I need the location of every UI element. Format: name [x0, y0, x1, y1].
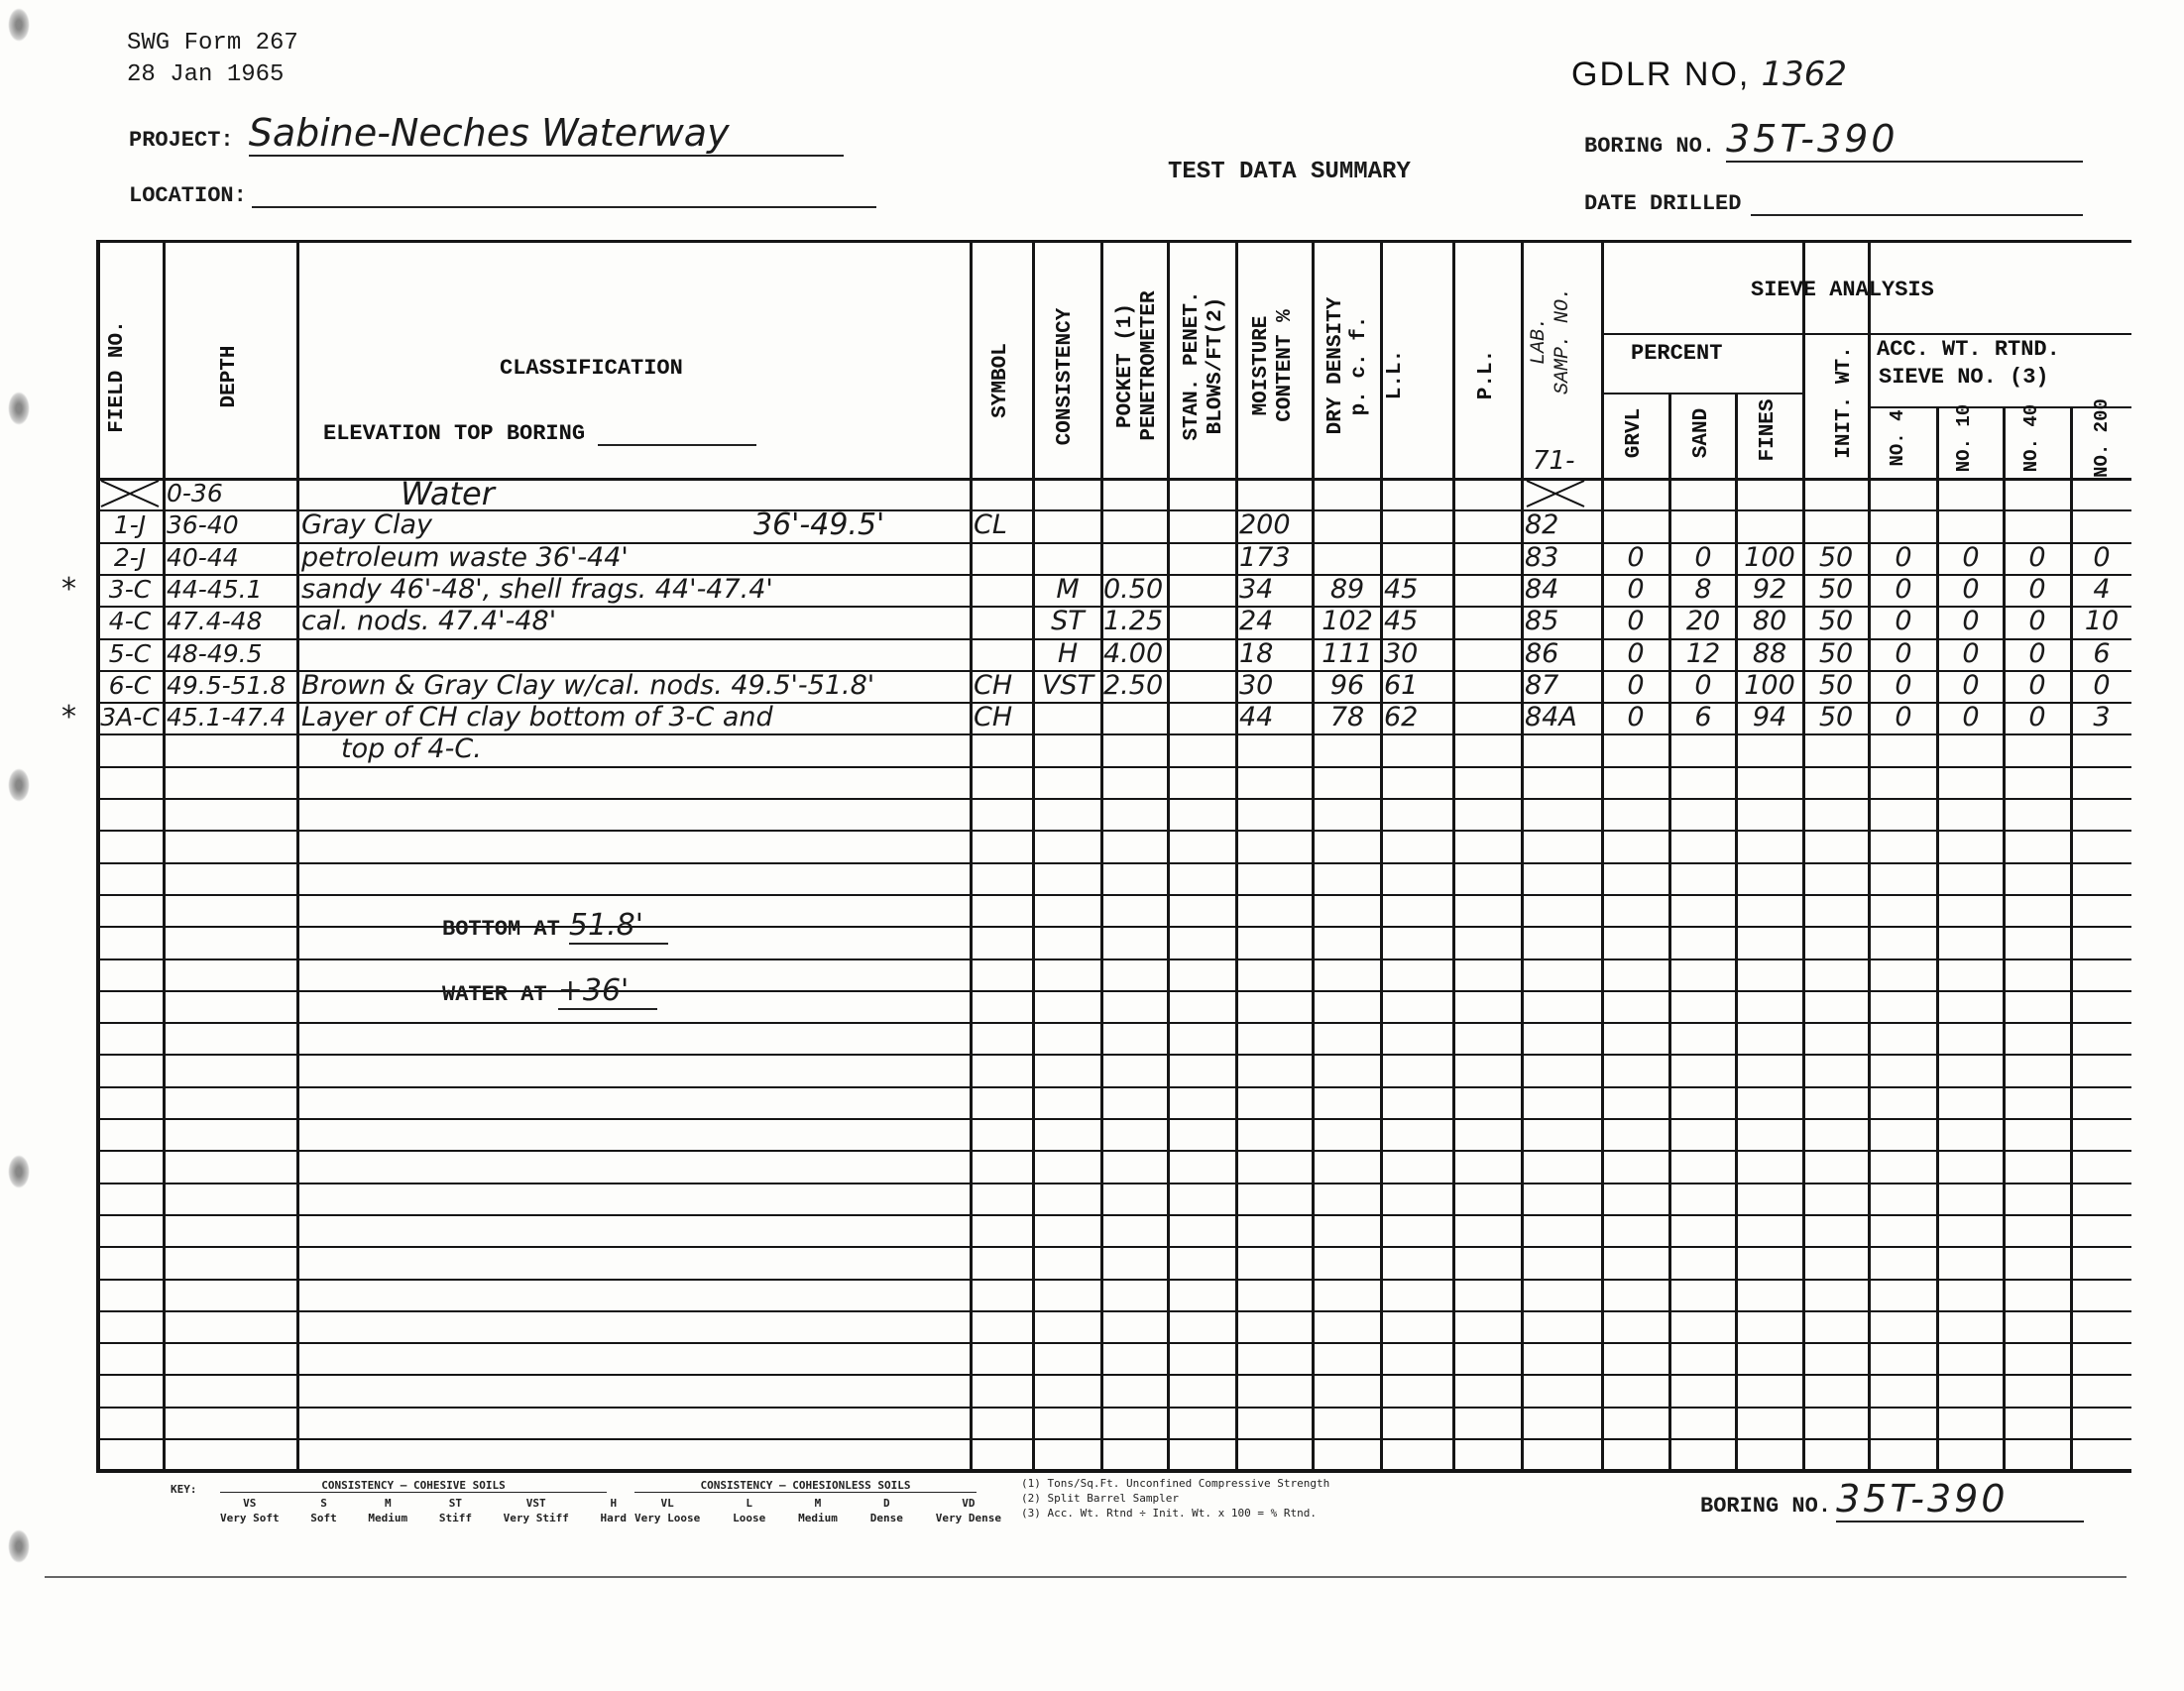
grid-vline	[1668, 393, 1671, 478]
table-row: *3A-C45.1-47.4Layer of CH clay bottom of…	[0, 703, 2184, 734]
key-name: Medium	[798, 1512, 838, 1524]
cell-fines[interactable]: 100	[1739, 543, 1800, 573]
cell-ll[interactable]: 61	[1384, 671, 1451, 701]
key-cohesionless-title: CONSISTENCY — COHESIONLESS SOILS	[634, 1479, 977, 1493]
header-grvl: GRVL	[1623, 394, 1647, 473]
cell-init-wt[interactable]: 50	[1806, 703, 1866, 733]
grid-hline	[96, 990, 2131, 992]
header-no40: NO. 40	[2021, 403, 2041, 473]
cell-no10[interactable]: 0	[1940, 607, 2002, 636]
header-classification: CLASSIFICATION	[500, 356, 683, 381]
key-footnotes: (1) Tons/Sq.Ft. Unconfined Compressive S…	[1021, 1477, 1329, 1522]
cell-fines[interactable]: 94	[1739, 703, 1800, 733]
grid-hline	[96, 1407, 2131, 1409]
cell-ll[interactable]: 30	[1384, 639, 1451, 669]
grid-hline	[96, 1469, 2131, 1473]
grid-vline	[1312, 240, 1315, 1469]
cell-field-no[interactable]: 4-C	[99, 607, 161, 636]
cell-no40[interactable]: 0	[2007, 607, 2068, 636]
grid-hline	[96, 1214, 2131, 1216]
key-abbr: VD	[936, 1497, 1001, 1510]
gdlr-value[interactable]: 1362	[1761, 55, 1847, 94]
cross-icon	[1525, 479, 1586, 508]
key-item: LLoose	[733, 1497, 765, 1524]
cell-no200[interactable]: 0	[2074, 671, 2129, 701]
key-name: Soft	[310, 1512, 337, 1524]
bottom-at-value[interactable]: 51.8'	[569, 908, 668, 945]
cell-no10[interactable]: 0	[1940, 575, 2002, 605]
grid-vline	[296, 240, 299, 1469]
grid-vline	[1235, 240, 1238, 1469]
moisture-line1: MOISTURE	[1250, 316, 1273, 416]
cell-sand[interactable]: 8	[1672, 575, 1734, 605]
pocket-line1: POCKET (1)	[1114, 303, 1137, 428]
date-drilled-value[interactable]	[1751, 190, 2083, 216]
footer-boring-label: BORING NO.	[1700, 1494, 1831, 1519]
key-item: HHard	[601, 1497, 628, 1524]
key-item: MMedium	[368, 1497, 407, 1524]
key-cohesionless-list: VLVery LooseLLooseMMediumDDenseVDVery De…	[634, 1497, 1001, 1524]
cell-pocket[interactable]: 0.50	[1103, 575, 1167, 605]
key-item: VSVery Soft	[220, 1497, 280, 1524]
cell-moisture[interactable]: 24	[1239, 607, 1311, 636]
cell-no10[interactable]: 0	[1940, 671, 2002, 701]
header-init-wt: INIT. WT.	[1833, 333, 1857, 472]
key-name: Very Stiff	[504, 1512, 569, 1524]
header-elevation-top-boring: ELEVATION TOP BORING	[323, 421, 756, 446]
date-drilled-label: DATE DRILLED	[1584, 191, 1741, 216]
water-at-label: WATER AT	[442, 982, 547, 1007]
cell-lab-no[interactable]: 87	[1525, 671, 1600, 701]
key-cohesive-title: CONSISTENCY — COHESIVE SOILS	[220, 1479, 607, 1493]
cell-field-no[interactable]: 5-C	[99, 639, 161, 669]
dd-line1: DRY DENSITY	[1324, 297, 1347, 435]
boring-field: BORING NO. 35T-390	[1584, 117, 2083, 163]
pocket-line2: PENETROMETER	[1138, 290, 1161, 440]
footer-boring-value[interactable]: 35T-390	[1836, 1477, 2084, 1522]
cell-moisture[interactable]: 200	[1239, 510, 1311, 540]
boring-value[interactable]: 35T-390	[1726, 117, 2083, 163]
footer-boring-field: BORING NO. 35T-390	[1700, 1477, 2084, 1522]
header-lab-samp: LAB.SAMP. NO.	[1528, 282, 1575, 400]
key-abbr: D	[870, 1497, 903, 1510]
cell-consistency[interactable]: M	[1036, 575, 1099, 605]
cell-dry-density[interactable]: 102	[1316, 607, 1379, 636]
elevation-value[interactable]	[598, 424, 756, 446]
header-no4: NO. 4	[1888, 403, 1907, 473]
water-at-note: WATER AT +36'	[442, 973, 657, 1010]
cell-consistency[interactable]: VST	[1036, 671, 1099, 701]
grid-hline	[96, 1342, 2131, 1344]
key-name: Very Soft	[220, 1512, 280, 1524]
header-fines: FINES	[1757, 391, 1781, 470]
cell-pocket[interactable]: 4.00	[1103, 639, 1167, 669]
key-name: Very Dense	[936, 1512, 1001, 1524]
cell-init-wt[interactable]: 50	[1806, 671, 1866, 701]
cell-dry-density[interactable]: 89	[1316, 575, 1379, 605]
table-row: *3-C44-45.1sandy 46'-48', shell frags. 4…	[0, 575, 2184, 607]
key-label: KEY:	[171, 1483, 197, 1496]
key-abbr: VST	[504, 1497, 569, 1510]
cell-field-no[interactable]: 3-C	[99, 575, 161, 605]
cell-symbol[interactable]: CH	[974, 671, 1031, 701]
cell-ll[interactable]: 45	[1384, 575, 1451, 605]
elevation-label: ELEVATION TOP BORING	[323, 421, 585, 446]
cell-field-no[interactable]: 6-C	[99, 671, 161, 701]
key-item: VSTVery Stiff	[504, 1497, 569, 1524]
cell-sand[interactable]: 12	[1672, 639, 1734, 669]
cell-pocket[interactable]: 2.50	[1103, 671, 1167, 701]
grid-hline	[96, 1374, 2131, 1376]
key-item: DDense	[870, 1497, 903, 1524]
grid-vline	[1521, 240, 1524, 1469]
header-field-no: FIELD NO.	[106, 307, 130, 446]
scan-artifact	[8, 1529, 30, 1563]
location-label: LOCATION:	[129, 183, 247, 208]
scan-artifact	[8, 8, 30, 42]
key-abbr: VL	[634, 1497, 700, 1510]
grid-hline	[96, 1022, 2131, 1024]
cell-symbol[interactable]: CL	[974, 510, 1031, 540]
header-no200: NO. 200	[2092, 398, 2112, 478]
grid-hline	[96, 1150, 2131, 1152]
lab-samp-prefix: 71-	[1533, 446, 1574, 476]
header-sieve-analysis: SIEVE ANALYSIS	[1751, 278, 1934, 302]
location-field: LOCATION:	[129, 182, 876, 208]
header-sieve-no: SIEVE NO. (3)	[1879, 365, 2049, 390]
cell-no10[interactable]: 0	[1940, 703, 2002, 733]
grid-vline	[1802, 333, 1805, 478]
cell-no200[interactable]: 4	[2074, 575, 2129, 605]
cell-no4[interactable]: 0	[1872, 671, 1935, 701]
cell-lab-no[interactable]: 85	[1525, 607, 1600, 636]
cell-grvl[interactable]: 0	[1605, 639, 1667, 669]
cell-no40[interactable]: 0	[2007, 703, 2068, 733]
grid-hline	[96, 1183, 2131, 1184]
cell-field-no[interactable]: 1-J	[99, 510, 161, 540]
scan-artifact	[8, 768, 30, 802]
header-sand: SAND	[1690, 394, 1714, 473]
cell-moisture[interactable]: 173	[1239, 543, 1311, 573]
cell-depth[interactable]: 49.5-51.8	[167, 671, 293, 701]
table-row: 4-C47.4-48cal. nods. 47.4'-48'ST1.252410…	[0, 607, 2184, 638]
table-row: 2-J40-44petroleum waste 36'-44'173830010…	[0, 543, 2184, 575]
water-at-value[interactable]: +36'	[558, 973, 657, 1010]
cell-lab-no[interactable]: 84A	[1525, 703, 1600, 733]
cell-no4[interactable]: 0	[1872, 543, 1935, 573]
header-pocket-penetrometer: POCKET (1)PENETROMETER	[1114, 277, 1162, 455]
stan-line1: STAN. PENET.	[1181, 290, 1204, 440]
cell-classification-range[interactable]: 36'-49.5'	[753, 510, 884, 540]
grid-vline	[1936, 406, 1939, 478]
key-abbr: S	[310, 1497, 337, 1510]
header-dry-density: DRY DENSITYp. c. f.	[1324, 277, 1372, 455]
lab-line2: SAMP. NO.	[1552, 287, 1574, 395]
key-name: Hard	[601, 1512, 628, 1524]
asterisk-mark: *	[61, 703, 76, 733]
cell-sand[interactable]: 6	[1672, 703, 1734, 733]
cell-grvl[interactable]: 0	[1605, 543, 1667, 573]
cell-fines[interactable]: 80	[1739, 607, 1800, 636]
key-abbr: M	[798, 1497, 838, 1510]
grid-hline	[1601, 333, 2131, 335]
cell-moisture[interactable]: 30	[1239, 671, 1311, 701]
cell-init-wt[interactable]: 50	[1806, 639, 1866, 669]
dd-line2: p. c. f.	[1348, 316, 1371, 416]
stan-line2: BLOWS/FT(2)	[1205, 297, 1227, 435]
cell-classification[interactable]: Brown & Gray Clay w/cal. nods. 49.5'-51.…	[301, 671, 966, 701]
key-item: MMedium	[798, 1497, 838, 1524]
boring-label: BORING NO.	[1584, 134, 1715, 159]
project-field: PROJECT: Sabine-Neches Waterway	[129, 111, 844, 157]
cell-no40[interactable]: 0	[2007, 575, 2068, 605]
cell-classification[interactable]: Water	[301, 479, 1065, 508]
key-footnote: (1) Tons/Sq.Ft. Unconfined Compressive S…	[1021, 1477, 1329, 1490]
cell-moisture[interactable]: 44	[1239, 703, 1311, 733]
cell-no40[interactable]: 0	[2007, 639, 2068, 669]
cell-sand[interactable]: 20	[1672, 607, 1734, 636]
table-row: 5-C48-49.5H4.0018111308601288500006	[0, 639, 2184, 671]
key-footnote: (3) Acc. Wt. Rtnd ÷ Init. Wt. x 100 = % …	[1021, 1507, 1329, 1520]
key-item: VLVery Loose	[634, 1497, 700, 1524]
gdlr-field: GDLR NO, 1362	[1571, 55, 1847, 94]
cell-init-wt[interactable]: 50	[1806, 607, 1866, 636]
cell-classification[interactable]: cal. nods. 47.4'-48'	[301, 607, 966, 636]
bottom-at-label: BOTTOM AT	[442, 917, 560, 942]
page-bottom-rule	[45, 1576, 2127, 1578]
cell-field-no[interactable]: 2-J	[99, 543, 161, 573]
cell-depth[interactable]: 47.4-48	[167, 607, 293, 636]
grid-hline	[96, 1054, 2131, 1056]
cell-no200[interactable]: 0	[2074, 543, 2129, 573]
grid-hline	[96, 958, 2131, 960]
cell-dry-density[interactable]: 78	[1316, 703, 1379, 733]
cell-pocket[interactable]: 1.25	[1103, 607, 1167, 636]
cell-no200[interactable]: 10	[2074, 607, 2129, 636]
location-value[interactable]	[252, 182, 876, 208]
grid-hline	[96, 894, 2131, 896]
cell-no4[interactable]: 0	[1872, 607, 1935, 636]
form-date: 28 Jan 1965	[127, 61, 284, 88]
cell-sand[interactable]: 0	[1672, 671, 1734, 701]
grid-vline	[1167, 240, 1170, 1469]
cell-depth[interactable]: 48-49.5	[167, 639, 293, 669]
cell-lab-no[interactable]: 83	[1525, 543, 1600, 573]
table-row: top of 4-C.	[0, 734, 2184, 766]
grid-hline	[96, 1246, 2131, 1248]
cell-dry-density[interactable]: 96	[1316, 671, 1379, 701]
cell-sand[interactable]: 0	[1672, 543, 1734, 573]
cell-classification[interactable]: top of 4-C.	[301, 734, 1005, 764]
form-id: SWG Form 267	[127, 30, 298, 56]
cell-no40[interactable]: 0	[2007, 671, 2068, 701]
cell-moisture[interactable]: 18	[1239, 639, 1311, 669]
grid-hline	[96, 240, 2131, 243]
header-ll: L.L.	[1384, 345, 1408, 404]
moisture-line2: CONTENT %	[1274, 309, 1297, 421]
cell-depth[interactable]: 45.1-47.4	[167, 703, 293, 733]
grid-vline	[1380, 240, 1383, 1469]
cell-no40[interactable]: 0	[2007, 543, 2068, 573]
cell-depth[interactable]: 40-44	[167, 543, 293, 573]
grid-hline	[96, 1310, 2131, 1312]
grid-hline	[96, 798, 2131, 800]
page-title: TEST DATA SUMMARY	[1168, 159, 1411, 185]
cell-no4[interactable]: 0	[1872, 639, 1935, 669]
grid-vline	[96, 240, 100, 1469]
key-item: VDVery Dense	[936, 1497, 1001, 1524]
cell-no10[interactable]: 0	[1940, 639, 2002, 669]
key-cohesive-list: VSVery SoftSSoftMMediumSTStiffVSTVery St…	[220, 1497, 627, 1524]
cell-field-no[interactable]: 3A-C	[99, 703, 161, 733]
lab-line1: LAB.	[1528, 317, 1551, 365]
cell-init-wt[interactable]: 50	[1806, 575, 1866, 605]
key-name: Medium	[368, 1512, 407, 1524]
cell-classification[interactable]: Layer of CH clay bottom of 3-C and	[301, 703, 966, 733]
key-name: Stiff	[439, 1512, 472, 1524]
cell-fines[interactable]: 88	[1739, 639, 1800, 669]
table-row: 1-J36-40Gray ClayCL2008236'-49.5'	[0, 510, 2184, 542]
grid-vline	[163, 240, 166, 1469]
key-abbr: VS	[220, 1497, 280, 1510]
header-depth: DEPTH	[218, 317, 242, 436]
scan-artifact	[8, 392, 30, 425]
grid-vline	[1601, 240, 1604, 1469]
grid-hline	[96, 1086, 2131, 1088]
header-pl: P.L.	[1475, 345, 1499, 404]
table-row: 0-36Water	[0, 479, 2184, 510]
cell-fines[interactable]: 100	[1739, 671, 1800, 701]
cell-no4[interactable]: 0	[1872, 703, 1935, 733]
cell-ll[interactable]: 45	[1384, 607, 1451, 636]
key-name: Loose	[733, 1512, 765, 1524]
grid-hline	[96, 830, 2131, 832]
key-abbr: L	[733, 1497, 765, 1510]
cell-grvl[interactable]: 0	[1605, 607, 1667, 636]
header-symbol: SYMBOL	[989, 321, 1013, 440]
grid-vline	[1032, 240, 1035, 1469]
key-name: Very Loose	[634, 1512, 700, 1524]
cell-ll[interactable]: 62	[1384, 703, 1451, 733]
grid-vline	[1100, 240, 1103, 1469]
key-item: SSoft	[310, 1497, 337, 1524]
cell-symbol[interactable]: CH	[974, 703, 1031, 733]
header-stan-penet: STAN. PENET.BLOWS/FT(2)	[1181, 277, 1228, 455]
grid-vline	[1868, 333, 1871, 478]
cell-classification[interactable]: sandy 46'-48', shell frags. 44'-47.4'	[301, 575, 966, 605]
key-abbr: H	[601, 1497, 628, 1510]
cell-dry-density[interactable]: 111	[1316, 639, 1379, 669]
grid-hline	[96, 862, 2131, 864]
bottom-at-note: BOTTOM AT 51.8'	[442, 908, 668, 945]
header-acc-wt: ACC. WT. RTND.	[1877, 337, 2060, 362]
grid-hline	[96, 926, 2131, 928]
grid-vline	[1452, 240, 1455, 1469]
cell-lab-no[interactable]: 86	[1525, 639, 1600, 669]
cell-consistency[interactable]: H	[1036, 639, 1099, 669]
cell-no10[interactable]: 0	[1940, 543, 2002, 573]
key-footnote: (2) Split Barrel Sampler	[1021, 1492, 1329, 1505]
cell-fines[interactable]: 92	[1739, 575, 1800, 605]
cell-no4[interactable]: 0	[1872, 575, 1935, 605]
grid-vline	[2070, 406, 2073, 478]
asterisk-mark: *	[61, 575, 76, 605]
cell-lab-no[interactable]: 84	[1525, 575, 1600, 605]
key-item: STStiff	[439, 1497, 472, 1524]
cell-no200[interactable]: 3	[2074, 703, 2129, 733]
cell-init-wt[interactable]: 50	[1806, 543, 1866, 573]
gdlr-label: GDLR NO,	[1571, 56, 1750, 93]
grid-vline	[1735, 393, 1738, 478]
project-value[interactable]: Sabine-Neches Waterway	[249, 111, 844, 157]
grid-vline	[970, 240, 973, 1469]
cell-grvl[interactable]: 0	[1605, 703, 1667, 733]
grid-vline	[2003, 406, 2006, 478]
header-consistency: CONSISTENCY	[1054, 292, 1078, 461]
cell-no200[interactable]: 6	[2074, 639, 2129, 669]
grid-hline	[96, 1438, 2131, 1440]
cell-moisture[interactable]: 34	[1239, 575, 1311, 605]
cell-depth[interactable]: 36-40	[167, 510, 293, 540]
cell-depth[interactable]: 0-36	[167, 479, 293, 508]
cross-icon	[99, 479, 161, 508]
key-abbr: ST	[439, 1497, 472, 1510]
header-no10: NO. 10	[1954, 403, 1974, 473]
key-name: Dense	[870, 1512, 903, 1524]
project-label: PROJECT:	[129, 128, 234, 153]
header-percent: PERCENT	[1631, 341, 1722, 366]
date-drilled-field: DATE DRILLED	[1584, 190, 2083, 216]
cell-grvl[interactable]: 0	[1605, 575, 1667, 605]
cell-lab-no[interactable]: 82	[1525, 510, 1600, 540]
scan-artifact	[8, 1155, 30, 1188]
key-abbr: M	[368, 1497, 407, 1510]
cell-grvl[interactable]: 0	[1605, 671, 1667, 701]
grid-hline	[96, 1279, 2131, 1281]
header-moisture: MOISTURECONTENT %	[1250, 282, 1298, 450]
cell-depth[interactable]: 44-45.1	[167, 575, 293, 605]
grid-hline	[96, 1118, 2131, 1120]
cell-consistency[interactable]: ST	[1036, 607, 1099, 636]
cell-classification[interactable]: petroleum waste 36'-44'	[301, 543, 966, 573]
table-row: 6-C49.5-51.8Brown & Gray Clay w/cal. nod…	[0, 671, 2184, 703]
